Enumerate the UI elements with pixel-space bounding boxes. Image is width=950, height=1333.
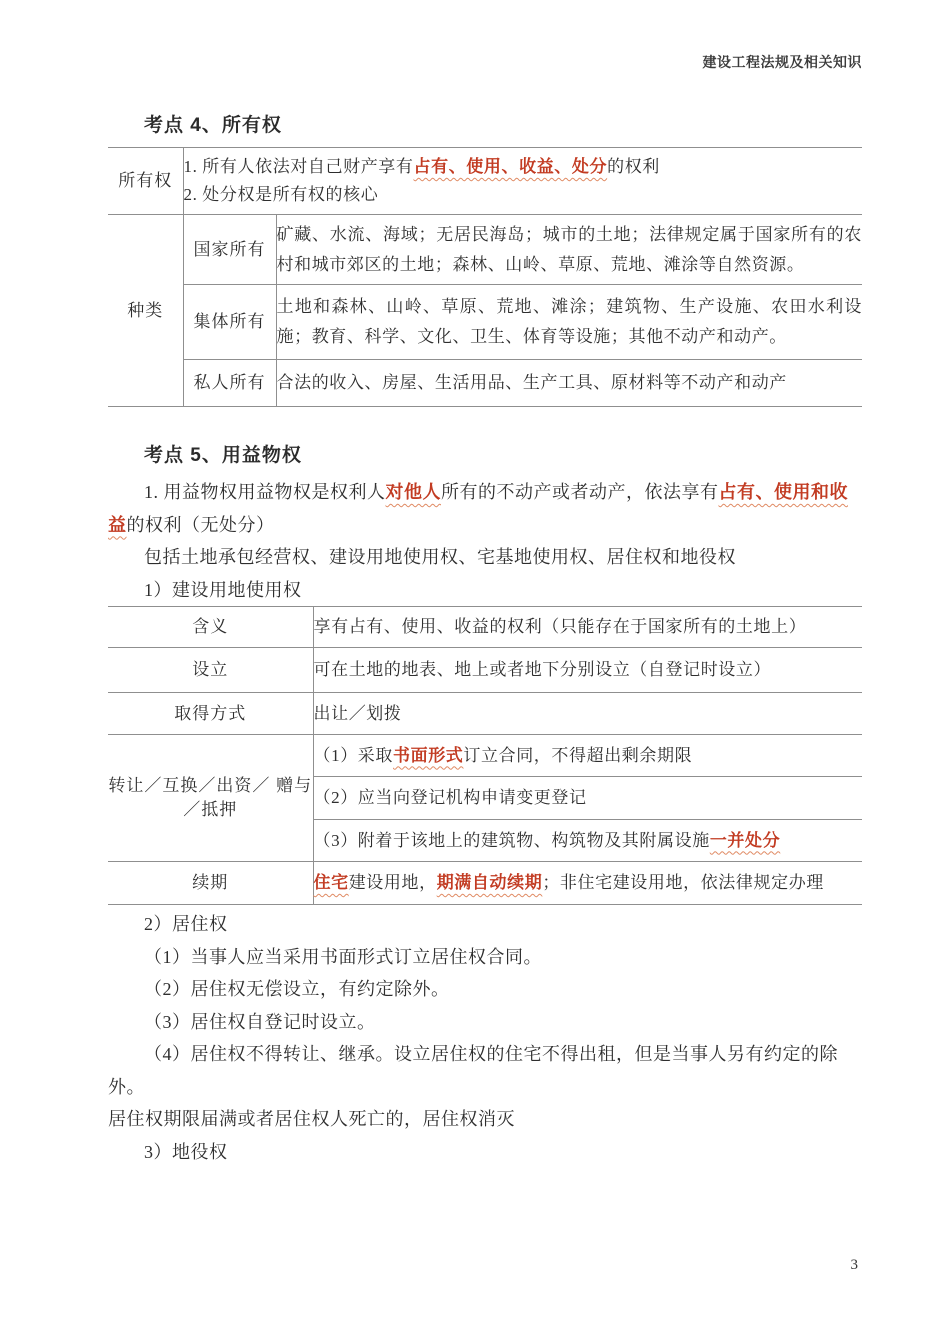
table-row: 所有权 1. 所有人依法对自己财产享有占有、使用、收益、处分的权利 2. 处分权… (108, 148, 862, 215)
table-row: 取得方式 出让／划拨 (108, 693, 862, 735)
table-row: 转让／互换／出资／ 赠与／抵押 （1）采取书面形式订立合同，不得超出剩余期限 (108, 735, 862, 777)
private-owned-text: 合法的收入、房屋、生活用品、生产工具、原材料等不动产和动产 (276, 360, 862, 407)
types-row-label: 种类 (108, 215, 183, 407)
construction-land-use-right-table: 含义 享有占有、使用、收益的权利（只能存在于国家所有的土地上） 设立 可在土地的… (108, 606, 862, 905)
highlighted-term: 益 (108, 515, 127, 535)
transfer-item-2: （2）应当向登记机构申请变更登记 (313, 777, 862, 820)
paragraph: （3）居住权自登记时设立。 (108, 1006, 862, 1039)
transfer-item-1: （1）采取书面形式订立合同，不得超出剩余期限 (313, 735, 862, 777)
acquisition-label: 取得方式 (108, 693, 313, 735)
state-owned-label: 国家所有 (183, 215, 276, 285)
paragraph: 3）地役权 (108, 1136, 862, 1169)
table-row: 种类 国家所有 矿藏、水流、海域；无居民海岛；城市的土地；法律规定属于国家所有的… (108, 215, 862, 285)
table-row: 含义 享有占有、使用、收益的权利（只能存在于国家所有的土地上） (108, 607, 862, 648)
highlighted-term: 占有、使用和收 (719, 482, 849, 502)
establish-text: 可在土地的地表、地上或者地下分别设立（自登记时设立） (313, 648, 862, 693)
page-number: 3 (851, 1257, 859, 1274)
ownership-item-1: 1. 所有人依法对自己财产享有占有、使用、收益、处分的权利 (184, 153, 863, 181)
residency-right-section: 2）居住权 （1）当事人应当采用书面形式订立居住权合同。 （2）居住权无偿设立，… (108, 908, 862, 1168)
ownership-item-2: 2. 处分权是所有权的核心 (184, 181, 863, 209)
transfer-label: 转让／互换／出资／ 赠与／抵押 (108, 735, 313, 862)
private-owned-label: 私人所有 (183, 360, 276, 407)
table-row: 集体所有 土地和森林、山岭、草原、荒地、滩涂；建筑物、生产设施、农田水利设施；教… (108, 285, 862, 360)
renewal-label: 续期 (108, 862, 313, 905)
paragraph: 1. 用益物权用益物权是权利人对他人所有的不动产或者动产，依法享有占有、使用和收… (108, 476, 862, 541)
ownership-row-label: 所有权 (108, 148, 183, 215)
highlighted-term: 对他人 (386, 482, 442, 502)
highlighted-term: 期满自动续期 (437, 873, 543, 892)
table-row: 私人所有 合法的收入、房屋、生活用品、生产工具、原材料等不动产和动产 (108, 360, 862, 407)
highlighted-term: 住宅 (314, 873, 349, 892)
establish-label: 设立 (108, 648, 313, 693)
section5-heading: 考点 5、用益物权 (144, 440, 862, 467)
paragraph: （1）当事人应当采用书面形式订立居住权合同。 (108, 941, 862, 974)
meaning-label: 含义 (108, 607, 313, 648)
document-page: 建设工程法规及相关知识 考点 4、所有权 所有权 1. 所有人依法对自己财产享有… (0, 0, 950, 1333)
renewal-text: 住宅建设用地，期满自动续期；非住宅建设用地，依法律规定办理 (313, 862, 862, 905)
state-owned-text: 矿藏、水流、海域；无居民海岛；城市的土地；法律规定属于国家所有的农村和城市郊区的… (276, 215, 862, 285)
paragraph: （2）居住权无偿设立，有约定除外。 (108, 973, 862, 1006)
ownership-table: 所有权 1. 所有人依法对自己财产享有占有、使用、收益、处分的权利 2. 处分权… (108, 147, 862, 407)
paragraph: 包括土地承包经营权、建设用地使用权、宅基地使用权、居住权和地役权 (108, 541, 862, 574)
paragraph: （4）居住权不得转让、继承。设立居住权的住宅不得出租，但是当事人另有约定的除外。… (108, 1038, 862, 1136)
highlighted-term: 书面形式 (393, 746, 463, 765)
acquisition-text: 出让／划拨 (313, 693, 862, 735)
meaning-text: 享有占有、使用、收益的权利（只能存在于国家所有的土地上） (313, 607, 862, 648)
collective-owned-label: 集体所有 (183, 285, 276, 360)
transfer-item-3: （3）附着于该地上的建筑物、构筑物及其附属设施一并处分 (313, 820, 862, 862)
ownership-definition-cell: 1. 所有人依法对自己财产享有占有、使用、收益、处分的权利 2. 处分权是所有权… (183, 148, 862, 215)
highlighted-term: 占有、使用、收益、处分 (414, 157, 608, 176)
paragraph: 2）居住权 (108, 908, 862, 941)
paragraph: 1）建设用地使用权 (108, 574, 862, 607)
page-header-title: 建设工程法规及相关知识 (108, 0, 862, 72)
collective-owned-text: 土地和森林、山岭、草原、荒地、滩涂；建筑物、生产设施、农田水利设施；教育、科学、… (276, 285, 862, 360)
table-row: 续期 住宅建设用地，期满自动续期；非住宅建设用地，依法律规定办理 (108, 862, 862, 905)
table-row: 设立 可在土地的地表、地上或者地下分别设立（自登记时设立） (108, 648, 862, 693)
highlighted-term: 一并处分 (710, 831, 780, 850)
section4-heading: 考点 4、所有权 (144, 110, 862, 137)
section5-intro: 1. 用益物权用益物权是权利人对他人所有的不动产或者动产，依法享有占有、使用和收… (108, 476, 862, 606)
